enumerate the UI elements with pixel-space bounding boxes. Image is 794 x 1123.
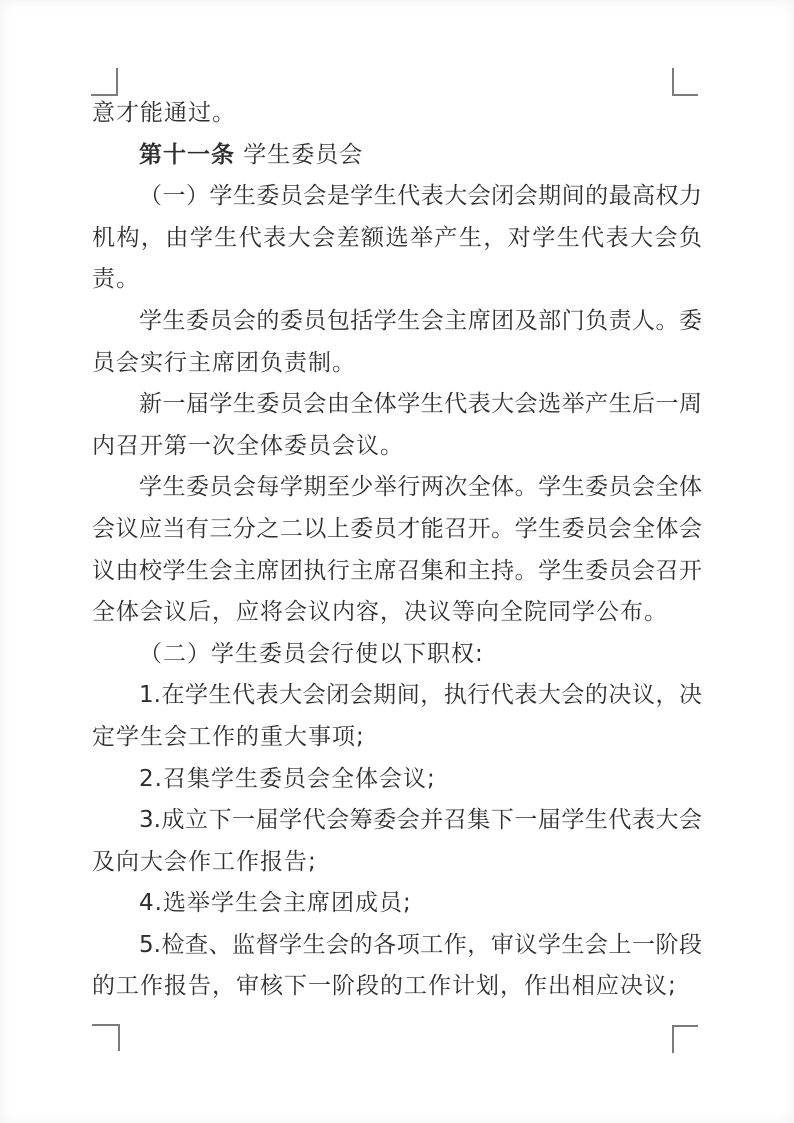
text-segment: 4.选举学生会主席团成员; <box>139 890 412 916</box>
text-line: 定学生会工作的重大事项; <box>92 717 702 759</box>
text-line: （一）学生委员会是学生代表大会闭会期间的最高权力 <box>92 176 702 218</box>
text-line: 及向大会作工作报告; <box>92 842 702 884</box>
text-segment: 2.召集学生委员会全体会议; <box>139 766 436 792</box>
text-segment: 5.检查、监督学生会的各项工作，审议学生会上一阶段 <box>139 932 702 958</box>
document-page: 意才能通过。第十一条 学生委员会（一）学生委员会是学生代表大会闭会期间的最高权力… <box>0 0 794 1123</box>
text-segment: 全体会议后，应将会议内容，决议等向全院同学公布。 <box>92 599 668 625</box>
text-segment: 新一届学生委员会由全体学生代表大会选举产生后一周 <box>139 391 702 417</box>
text-segment: 1.在学生代表大会闭会期间，执行代表大会的决议，决 <box>139 682 702 708</box>
text-line: 1.在学生代表大会闭会期间，执行代表大会的决议，决 <box>92 675 702 717</box>
text-line: 3.成立下一届学代会筹委会并召集下一届学生代表大会 <box>92 800 702 842</box>
text-segment: 会议应当有三分之二以上委员才能召开。学生委员会全体会 <box>92 516 702 542</box>
text-line: 机构，由学生代表大会差额选举产生，对学生代表大会负 <box>92 218 702 260</box>
crop-mark-top-left-icon <box>91 68 118 96</box>
text-line: 员会实行主席团负责制。 <box>92 343 702 385</box>
text-line: 第十一条 学生委员会 <box>92 135 702 177</box>
text-line: 5.检查、监督学生会的各项工作，审议学生会上一阶段 <box>92 925 702 967</box>
text-line: 的工作报告，审核下一阶段的工作计划，作出相应决议; <box>92 966 702 1008</box>
text-line: 4.选举学生会主席团成员; <box>92 883 702 925</box>
text-segment: 定学生会工作的重大事项; <box>92 724 365 750</box>
text-line: 议由校学生会主席团执行主席召集和主持。学生委员会召开 <box>92 551 702 593</box>
text-segment: 内召开第一次全体委员会议。 <box>92 433 404 459</box>
text-segment: （二）学生委员会行使以下职权: <box>139 641 484 667</box>
text-segment: 学生委员会的委员包括学生会主席团及部门负责人。委 <box>139 308 702 334</box>
text-segment: 学生委员会每学期至少举行两次全体。学生委员会全体 <box>139 474 702 500</box>
text-line: 全体会议后，应将会议内容，决议等向全院同学公布。 <box>92 592 702 634</box>
text-line: 学生委员会的委员包括学生会主席团及部门负责人。委 <box>92 301 702 343</box>
text-segment: 机构，由学生代表大会差额选举产生，对学生代表大会负 <box>92 225 702 251</box>
crop-mark-top-right-icon <box>672 68 698 96</box>
text-segment: 意才能通过。 <box>92 100 236 126</box>
text-segment: 的工作报告，审核下一阶段的工作计划，作出相应决议; <box>92 973 677 999</box>
text-line: 责。 <box>92 259 702 301</box>
text-line: （二）学生委员会行使以下职权: <box>92 634 702 676</box>
text-segment: 员会实行主席团负责制。 <box>92 350 356 376</box>
document-body: 意才能通过。第十一条 学生委员会（一）学生委员会是学生代表大会闭会期间的最高权力… <box>92 93 702 1008</box>
text-line: 学生委员会每学期至少举行两次全体。学生委员会全体 <box>92 467 702 509</box>
text-line: 2.召集学生委员会全体会议; <box>92 759 702 801</box>
text-segment: （一）学生委员会是学生代表大会闭会期间的最高权力 <box>139 183 702 209</box>
text-line: 意才能通过。 <box>92 93 702 135</box>
text-segment: 议由校学生会主席团执行主席召集和主持。学生委员会召开 <box>92 558 702 584</box>
crop-mark-bottom-right-icon <box>672 1025 698 1053</box>
text-segment: 学生委员会 <box>235 142 363 168</box>
text-segment: 责。 <box>92 266 140 292</box>
text-line: 新一届学生委员会由全体学生代表大会选举产生后一周 <box>92 384 702 426</box>
crop-mark-bottom-left-icon <box>92 1024 120 1051</box>
text-line: 内召开第一次全体委员会议。 <box>92 426 702 468</box>
text-line: 会议应当有三分之二以上委员才能召开。学生委员会全体会 <box>92 509 702 551</box>
text-segment: 及向大会作工作报告; <box>92 849 317 875</box>
article-number-heading: 第十一条 <box>139 142 235 168</box>
text-segment: 3.成立下一届学代会筹委会并召集下一届学生代表大会 <box>139 807 702 833</box>
